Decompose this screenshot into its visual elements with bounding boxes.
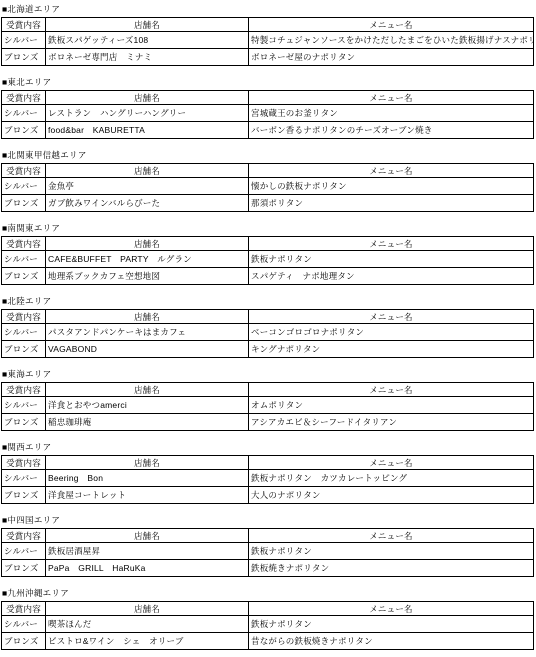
column-header-award: 受賞内容 [2, 529, 46, 543]
store-name-cell: 鉄板スパゲッティーズ108 [46, 32, 249, 49]
table-header-row: 受賞内容 店舗名 メニュー名 [2, 310, 534, 324]
area-section: ■南関東エリア 受賞内容 店舗名 メニュー名 シルバー CAFE&BUFFET … [1, 219, 536, 285]
menu-name-cell: スパゲティ ナポ地理タン [249, 268, 534, 285]
award-table: 受賞内容 店舗名 メニュー名 シルバー 鉄板スパゲッティーズ108 特製コチュジ… [1, 17, 534, 66]
column-header-award: 受賞内容 [2, 456, 46, 470]
table-header-row: 受賞内容 店舗名 メニュー名 [2, 383, 534, 397]
menu-name-cell: 大人のナポリタン [249, 487, 534, 504]
award-level-cell: ブロンズ [2, 560, 46, 577]
menu-name-cell: 鉄板ナポリタン [249, 543, 534, 560]
column-header-store: 店舗名 [46, 456, 249, 470]
area-section: ■中四国エリア 受賞内容 店舗名 メニュー名 シルバー 鉄板居酒屋昇 鉄板ナポリ… [1, 511, 536, 577]
menu-name-cell: アシアカエビ＆シーフードイタリアン [249, 414, 534, 431]
table-row: ブロンズ VAGABOND キングナポリタン [2, 341, 534, 358]
award-list-page: ■北海道エリア 受賞内容 店舗名 メニュー名 シルバー 鉄板スパゲッティーズ10… [0, 0, 536, 650]
store-name-cell: CAFE&BUFFET PARTY ルグラン [46, 251, 249, 268]
award-level-cell: ブロンズ [2, 633, 46, 650]
store-name-cell: パスタアンドパンケーキはまカフェ [46, 324, 249, 341]
table-row: シルバー CAFE&BUFFET PARTY ルグラン 鉄板ナポリタン [2, 251, 534, 268]
store-name-cell: VAGABOND [46, 341, 249, 358]
area-title: ■九州沖縄エリア [1, 584, 536, 601]
table-row: ブロンズ 洋食屋コートレット 大人のナポリタン [2, 487, 534, 504]
award-table: 受賞内容 店舗名 メニュー名 シルバー 金魚亭 懐かしの鉄板ナポリタン ブロンズ… [1, 163, 534, 212]
column-header-store: 店舗名 [46, 310, 249, 324]
area-title: ■東北エリア [1, 73, 536, 90]
area-title: ■北陸エリア [1, 292, 536, 309]
table-row: ブロンズ 稲忠珈琲庵 アシアカエビ＆シーフードイタリアン [2, 414, 534, 431]
award-level-cell: シルバー [2, 397, 46, 414]
menu-name-cell: キングナポリタン [249, 341, 534, 358]
store-name-cell: food&bar KABURETTA [46, 122, 249, 139]
column-header-menu: メニュー名 [249, 602, 534, 616]
menu-name-cell: 鉄板ナポリタン [249, 616, 534, 633]
store-name-cell: 洋食とおやつamerci [46, 397, 249, 414]
table-row: シルバー 鉄板スパゲッティーズ108 特製コチュジャンソースをかけただしたまごを… [2, 32, 534, 49]
area-section: ■北関東甲信越エリア 受賞内容 店舗名 メニュー名 シルバー 金魚亭 懐かしの鉄… [1, 146, 536, 212]
award-level-cell: シルバー [2, 543, 46, 560]
column-header-menu: メニュー名 [249, 164, 534, 178]
table-row: ブロンズ PaPa GRILL HaRuKa 鉄板焼きナポリタン [2, 560, 534, 577]
menu-name-cell: 特製コチュジャンソースをかけただしたまごをひいた鉄板揚げナスナポリタンカツ [249, 32, 534, 49]
menu-name-cell: オムポリタン [249, 397, 534, 414]
store-name-cell: PaPa GRILL HaRuKa [46, 560, 249, 577]
award-table: 受賞内容 店舗名 メニュー名 シルバー 鉄板居酒屋昇 鉄板ナポリタン ブロンズ … [1, 528, 534, 577]
table-row: シルバー Beering Bon 鉄板ナポリタン カツカレートッピング [2, 470, 534, 487]
column-header-award: 受賞内容 [2, 602, 46, 616]
store-name-cell: 洋食屋コートレット [46, 487, 249, 504]
store-name-cell: レストラン ハングリーハングリー [46, 105, 249, 122]
award-level-cell: シルバー [2, 616, 46, 633]
area-title: ■東海エリア [1, 365, 536, 382]
table-row: ブロンズ 地理系ブックカフェ空想地図 スパゲティ ナポ地理タン [2, 268, 534, 285]
table-header-row: 受賞内容 店舗名 メニュー名 [2, 456, 534, 470]
award-level-cell: ブロンズ [2, 341, 46, 358]
store-name-cell: 喫茶ほんだ [46, 616, 249, 633]
award-level-cell: ブロンズ [2, 487, 46, 504]
award-table: 受賞内容 店舗名 メニュー名 シルバー パスタアンドパンケーキはまカフェ ベーコ… [1, 309, 534, 358]
table-header-row: 受賞内容 店舗名 メニュー名 [2, 602, 534, 616]
area-section: ■関西エリア 受賞内容 店舗名 メニュー名 シルバー Beering Bon 鉄… [1, 438, 536, 504]
menu-name-cell: 宮城蔵王のお釜リタン [249, 105, 534, 122]
menu-name-cell: 鉄板ナポリタン カツカレートッピング [249, 470, 534, 487]
area-section: ■北海道エリア 受賞内容 店舗名 メニュー名 シルバー 鉄板スパゲッティーズ10… [1, 0, 536, 66]
column-header-menu: メニュー名 [249, 18, 534, 32]
table-row: ブロンズ ボロネーゼ専門店 ミナミ ボロネーゼ屋のナポリタン [2, 49, 534, 66]
area-title: ■関西エリア [1, 438, 536, 455]
store-name-cell: Beering Bon [46, 470, 249, 487]
column-header-menu: メニュー名 [249, 91, 534, 105]
table-row: シルバー 金魚亭 懐かしの鉄板ナポリタン [2, 178, 534, 195]
award-level-cell: ブロンズ [2, 49, 46, 66]
area-section: ■東海エリア 受賞内容 店舗名 メニュー名 シルバー 洋食とおやつamerci … [1, 365, 536, 431]
store-name-cell: 地理系ブックカフェ空想地図 [46, 268, 249, 285]
table-header-row: 受賞内容 店舗名 メニュー名 [2, 164, 534, 178]
table-row: シルバー 鉄板居酒屋昇 鉄板ナポリタン [2, 543, 534, 560]
area-title: ■南関東エリア [1, 219, 536, 236]
column-header-award: 受賞内容 [2, 383, 46, 397]
award-level-cell: ブロンズ [2, 414, 46, 431]
award-level-cell: シルバー [2, 32, 46, 49]
table-header-row: 受賞内容 店舗名 メニュー名 [2, 237, 534, 251]
award-table: 受賞内容 店舗名 メニュー名 シルバー 喫茶ほんだ 鉄板ナポリタン ブロンズ ビ… [1, 601, 534, 650]
award-level-cell: ブロンズ [2, 122, 46, 139]
award-level-cell: ブロンズ [2, 268, 46, 285]
menu-name-cell: ボロネーゼ屋のナポリタン [249, 49, 534, 66]
area-section: ■九州沖縄エリア 受賞内容 店舗名 メニュー名 シルバー 喫茶ほんだ 鉄板ナポリ… [1, 584, 536, 650]
area-section: ■東北エリア 受賞内容 店舗名 メニュー名 シルバー レストラン ハングリーハン… [1, 73, 536, 139]
column-header-menu: メニュー名 [249, 383, 534, 397]
column-header-store: 店舗名 [46, 383, 249, 397]
menu-name-cell: バーボン香るナポリタンのチーズオーブン焼き [249, 122, 534, 139]
area-section: ■北陸エリア 受賞内容 店舗名 メニュー名 シルバー パスタアンドパンケーキはま… [1, 292, 536, 358]
menu-name-cell: 那須ポリタン [249, 195, 534, 212]
award-level-cell: シルバー [2, 105, 46, 122]
menu-name-cell: 鉄板ナポリタン [249, 251, 534, 268]
award-table: 受賞内容 店舗名 メニュー名 シルバー CAFE&BUFFET PARTY ルグ… [1, 236, 534, 285]
table-row: シルバー 喫茶ほんだ 鉄板ナポリタン [2, 616, 534, 633]
menu-name-cell: 昔ながらの鉄板焼きナポリタン [249, 633, 534, 650]
menu-name-cell: 懐かしの鉄板ナポリタン [249, 178, 534, 195]
column-header-store: 店舗名 [46, 164, 249, 178]
menu-name-cell: ベーコンゴロゴロナポリタン [249, 324, 534, 341]
table-header-row: 受賞内容 店舗名 メニュー名 [2, 529, 534, 543]
table-row: シルバー レストラン ハングリーハングリー 宮城蔵王のお釜リタン [2, 105, 534, 122]
column-header-award: 受賞内容 [2, 91, 46, 105]
column-header-menu: メニュー名 [249, 529, 534, 543]
store-name-cell: ビストロ&ワイン シェ オリーブ [46, 633, 249, 650]
column-header-store: 店舗名 [46, 91, 249, 105]
column-header-award: 受賞内容 [2, 18, 46, 32]
table-header-row: 受賞内容 店舗名 メニュー名 [2, 91, 534, 105]
award-table: 受賞内容 店舗名 メニュー名 シルバー 洋食とおやつamerci オムポリタン … [1, 382, 534, 431]
award-level-cell: ブロンズ [2, 195, 46, 212]
column-header-award: 受賞内容 [2, 310, 46, 324]
column-header-store: 店舗名 [46, 237, 249, 251]
award-level-cell: シルバー [2, 470, 46, 487]
table-row: シルバー 洋食とおやつamerci オムポリタン [2, 397, 534, 414]
award-table: 受賞内容 店舗名 メニュー名 シルバー Beering Bon 鉄板ナポリタン … [1, 455, 534, 504]
store-name-cell: 鉄板居酒屋昇 [46, 543, 249, 560]
table-row: ブロンズ food&bar KABURETTA バーボン香るナポリタンのチーズオ… [2, 122, 534, 139]
column-header-store: 店舗名 [46, 529, 249, 543]
column-header-menu: メニュー名 [249, 456, 534, 470]
table-row: シルバー パスタアンドパンケーキはまカフェ ベーコンゴロゴロナポリタン [2, 324, 534, 341]
store-name-cell: 金魚亭 [46, 178, 249, 195]
column-header-award: 受賞内容 [2, 237, 46, 251]
column-header-store: 店舗名 [46, 602, 249, 616]
store-name-cell: ボロネーゼ専門店 ミナミ [46, 49, 249, 66]
table-row: ブロンズ ガブ飲みワインバルらびーた 那須ポリタン [2, 195, 534, 212]
table-header-row: 受賞内容 店舗名 メニュー名 [2, 18, 534, 32]
store-name-cell: 稲忠珈琲庵 [46, 414, 249, 431]
area-title: ■中四国エリア [1, 511, 536, 528]
column-header-award: 受賞内容 [2, 164, 46, 178]
column-header-menu: メニュー名 [249, 310, 534, 324]
award-level-cell: シルバー [2, 324, 46, 341]
table-row: ブロンズ ビストロ&ワイン シェ オリーブ 昔ながらの鉄板焼きナポリタン [2, 633, 534, 650]
column-header-menu: メニュー名 [249, 237, 534, 251]
award-table: 受賞内容 店舗名 メニュー名 シルバー レストラン ハングリーハングリー 宮城蔵… [1, 90, 534, 139]
area-title: ■北関東甲信越エリア [1, 146, 536, 163]
area-title: ■北海道エリア [1, 0, 536, 17]
store-name-cell: ガブ飲みワインバルらびーた [46, 195, 249, 212]
award-level-cell: シルバー [2, 178, 46, 195]
award-level-cell: シルバー [2, 251, 46, 268]
menu-name-cell: 鉄板焼きナポリタン [249, 560, 534, 577]
column-header-store: 店舗名 [46, 18, 249, 32]
